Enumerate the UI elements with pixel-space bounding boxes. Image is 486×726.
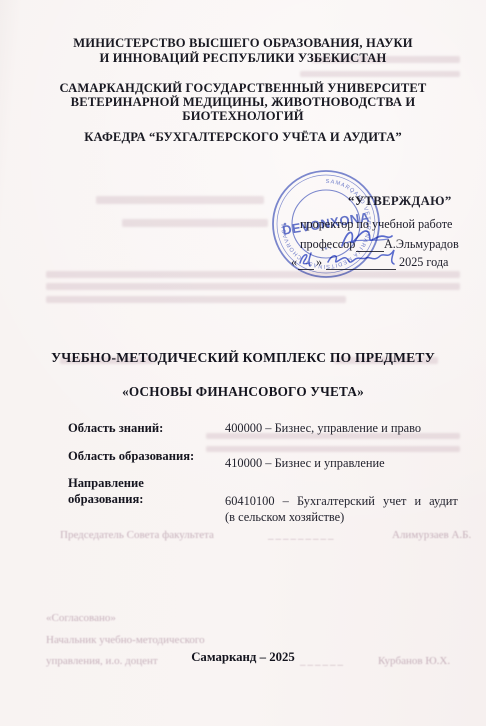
bleed-agreed: «Согласовано» (46, 612, 116, 624)
bleed-head-line1: Начальник учебно-методического (46, 634, 205, 646)
university-name-line1: САМАРКАНДСКИЙ ГОСУДАРСТВЕННЫЙ УНИВЕРСИТЕ… (0, 81, 486, 96)
subject-title: «ОСНОВЫ ФИНАНСОВОГО УЧЕТА» (0, 384, 486, 400)
bleed-chairman-line: Председатель Совета факультета (60, 529, 214, 541)
document-title-page: МИНИСТЕРСТВО ВЫСШЕГО ОБРАЗОВАНИЯ, НАУКИ … (0, 0, 486, 726)
stamp-center-text: DEVONXONA (281, 209, 371, 238)
bleed-bar (122, 219, 268, 227)
ministry-name-line1: МИНИСТЕРСТВО ВЫСШЕГО ОБРАЗОВАНИЯ, НАУКИ (0, 36, 486, 51)
devonxona-stamp: SAMARQAND VETERINARIYA MEDITSINASI, CHOR… (268, 166, 384, 282)
date-year-text: 2025 года (399, 255, 448, 270)
field-label-knowledge-area: Область знаний: (68, 421, 163, 436)
bleed-bar (96, 196, 264, 204)
bleed-bar (46, 283, 460, 290)
bleed-bar (46, 271, 460, 278)
umk-title-line1: УЧЕБНО-МЕТОДИЧЕСКИЙ КОМПЛЕКС ПО ПРЕДМЕТУ (0, 350, 486, 366)
ministry-name-line2: И ИННОВАЦИЙ РЕСПУБЛИКИ УЗБЕКИСТАН (0, 51, 486, 66)
field-label-education-direction-line1: Направление (68, 476, 144, 491)
bleed-bar (206, 446, 460, 452)
city-year-footer: Самарканд – 2025 (0, 650, 486, 665)
field-value-education-direction-line2: (в сельском хозяйстве) (225, 510, 344, 525)
bleed-chairman-signline: _________ (268, 529, 336, 541)
bleed-bar (46, 296, 346, 303)
field-value-education-direction-line1: 60410100 – Бухгалтерский учет и аудит (225, 494, 463, 509)
stamp-bottom-mark: • ★ • (321, 246, 332, 252)
university-name-line3: БИОТЕХНОЛОГИЙ (0, 109, 486, 124)
department-name: КАФЕДРА “БУХГАЛТЕРСКОГО УЧЁТА И АУДИТА” (0, 130, 486, 145)
field-value-education-area: 410000 – Бизнес и управление (225, 456, 385, 471)
field-label-education-direction-line2: образования: (68, 492, 143, 507)
field-value-knowledge-area: 400000 – Бизнес, управление и право (225, 421, 421, 436)
bleed-bar (300, 71, 460, 77)
university-name-line2: ВЕТЕРИНАРНОЙ МЕДИЦИНЫ, ЖИВОТНОВОДСТВА И (0, 95, 486, 110)
bleed-chairman-name: Алимурзаев А.Б. (392, 529, 471, 541)
field-label-education-area: Область образования: (68, 449, 194, 464)
